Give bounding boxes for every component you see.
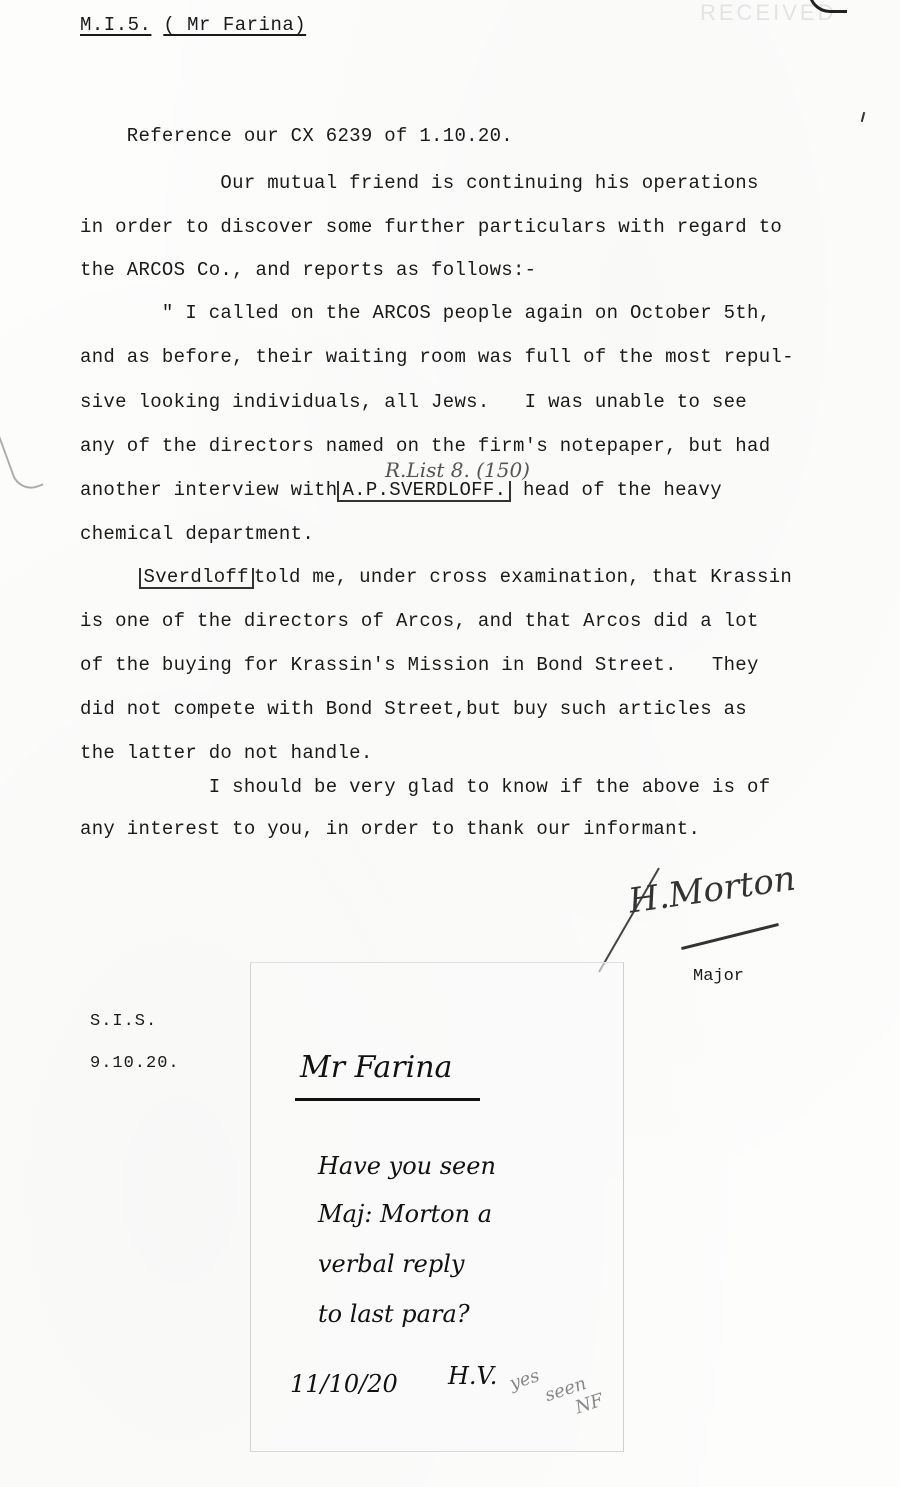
sender-org: S.I.S. bbox=[90, 1012, 157, 1031]
sverdloff-after: told me, under cross examination, that K… bbox=[254, 566, 792, 588]
body-line: in order to discover some further partic… bbox=[80, 216, 782, 238]
body-line: " I called on the ARCOS people again on … bbox=[80, 302, 770, 324]
minute-line: Maj: Morton a bbox=[318, 1200, 492, 1228]
document-page: RECEIVED M.I.5. ( Mr Farina) Reference o… bbox=[0, 0, 900, 1487]
minute-date: 11/10/20 bbox=[290, 1370, 398, 1398]
body-line: any of the directors named on the firm's… bbox=[80, 435, 770, 457]
signatory-rank: Major bbox=[693, 967, 744, 986]
sender-date: 9.10.20. bbox=[90, 1054, 180, 1073]
handwritten-signature: H.Morton bbox=[626, 859, 798, 922]
body-line: and as before, their waiting room was fu… bbox=[80, 346, 794, 368]
signature-flourish bbox=[681, 923, 779, 950]
body-line: of the buying for Krassin's Mission in B… bbox=[80, 654, 759, 676]
bracketed-sverdloff: Sverdloff bbox=[139, 568, 254, 589]
body-line-sverdloff: Sverdlofftold me, under cross examinatio… bbox=[80, 566, 792, 589]
header-org: M.I.5. bbox=[80, 14, 151, 36]
body-line-interview: another interview withA.P.SVERDLOFF. hea… bbox=[80, 479, 722, 502]
body-line: is one of the directors of Arcos, and th… bbox=[80, 610, 759, 632]
body-line: chemical department. bbox=[80, 523, 314, 545]
body-line: did not compete with Bond Street,but buy… bbox=[80, 698, 747, 720]
minute-line: Have you seen bbox=[318, 1152, 496, 1180]
interview-before: another interview with bbox=[80, 479, 337, 501]
body-line: I should be very glad to know if the abo… bbox=[80, 776, 770, 798]
bracketed-name: A.P.SVERDLOFF. bbox=[337, 481, 511, 502]
minute-line: to last para? bbox=[318, 1300, 470, 1328]
pencil-tick-mark bbox=[861, 112, 866, 122]
minute-addressee: Mr Farina bbox=[300, 1050, 452, 1085]
body-line: the latter do not handle. bbox=[80, 742, 373, 764]
body-line: any interest to you, in order to thank o… bbox=[80, 818, 700, 840]
body-line: sive looking individuals, all Jews. I wa… bbox=[80, 391, 747, 413]
minute-line: verbal reply bbox=[318, 1250, 464, 1278]
header-addressee: ( Mr Farina) bbox=[163, 14, 306, 36]
interview-after: head of the heavy bbox=[511, 479, 722, 501]
body-line: Our mutual friend is continuing his oper… bbox=[80, 172, 759, 194]
reference-line: Reference our CX 6239 of 1.10.20. bbox=[80, 125, 513, 147]
body-line: the ARCOS Co., and reports as follows:- bbox=[80, 259, 536, 281]
indent bbox=[80, 566, 139, 588]
margin-pencil-mark bbox=[0, 418, 44, 495]
memo-header: M.I.5. ( Mr Farina) bbox=[80, 14, 306, 36]
minute-underline bbox=[295, 1098, 480, 1101]
minute-initials: H.V. bbox=[448, 1362, 497, 1390]
